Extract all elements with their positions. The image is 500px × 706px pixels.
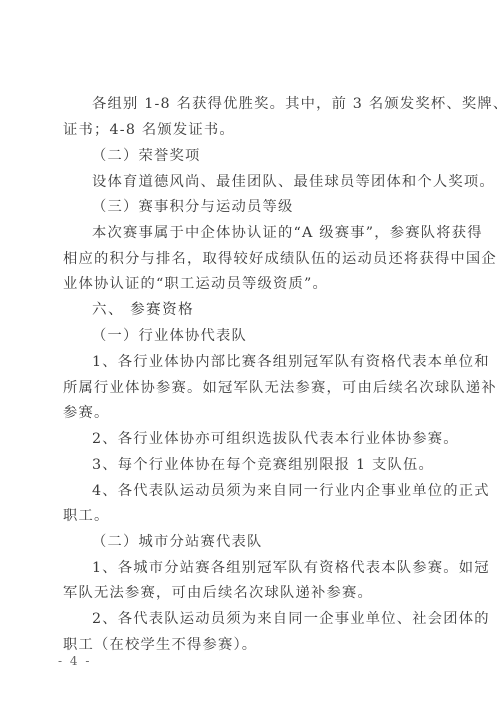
subsection-heading: （三）赛事积分与运动员等级 (92, 197, 487, 217)
paragraph-line: 1、各城市分站赛各组别冠军队有资格代表本队参赛。如冠 (92, 558, 487, 578)
paragraph-line: 所属行业体协参赛。如冠军队无法参赛，可由后续名次球队递补 (63, 378, 458, 398)
paragraph-line: 2、各行业体协亦可组织选拔队代表本行业体协参赛。 (92, 429, 487, 449)
paragraph-line: 3、每个行业体协在每个竞赛组别限报 1 支队伍。 (92, 455, 487, 475)
subsection-heading: （一）行业体协代表队 (92, 326, 487, 346)
paragraph-line: 1、各行业体协内部比赛各组别冠军队有资格代表本单位和 (92, 352, 487, 372)
subsection-heading: （二）城市分站赛代表队 (92, 532, 487, 552)
paragraph-line: 4、各代表队运动员须为来自同一行业内企事业单位的正式 (92, 481, 487, 501)
paragraph-line: 业体协认证的“职工运动员等级资质”。 (63, 274, 458, 294)
document-page: 各组别 1-8 名获得优胜奖。其中，前 3 名颁发奖杯、奖牌、 证书；4-8 名… (0, 0, 500, 706)
paragraph-line: 各组别 1-8 名获得优胜奖。其中，前 3 名颁发奖杯、奖牌、 (92, 94, 487, 114)
section-heading: 六、 参赛资格 (92, 300, 487, 320)
paragraph-line: 职工。 (63, 506, 458, 526)
paragraph-line: 军队无法参赛，可由后续名次球队递补参赛。 (63, 583, 458, 603)
paragraph-line: 证书；4-8 名颁发证书。 (63, 120, 458, 140)
paragraph-line: 参赛。 (63, 403, 458, 423)
paragraph-line: 职工（在校学生不得参赛）。 (63, 635, 458, 655)
paragraph-line: 本次赛事属于中企体协认证的“A 级赛事”，参赛队将获得 (92, 223, 487, 243)
paragraph-line: 设体育道德风尚、最佳团队、最佳球员等团体和个人奖项。 (92, 172, 487, 192)
paragraph-line: 2、各代表队运动员须为来自同一企事业单位、社会团体的 (92, 609, 487, 629)
paragraph-line: 相应的积分与排名，取得较好成绩队伍的运动员还将获得中国企 (63, 249, 458, 269)
subsection-heading: （二）荣誉奖项 (92, 146, 487, 166)
page-number: - 4 - (58, 654, 91, 668)
